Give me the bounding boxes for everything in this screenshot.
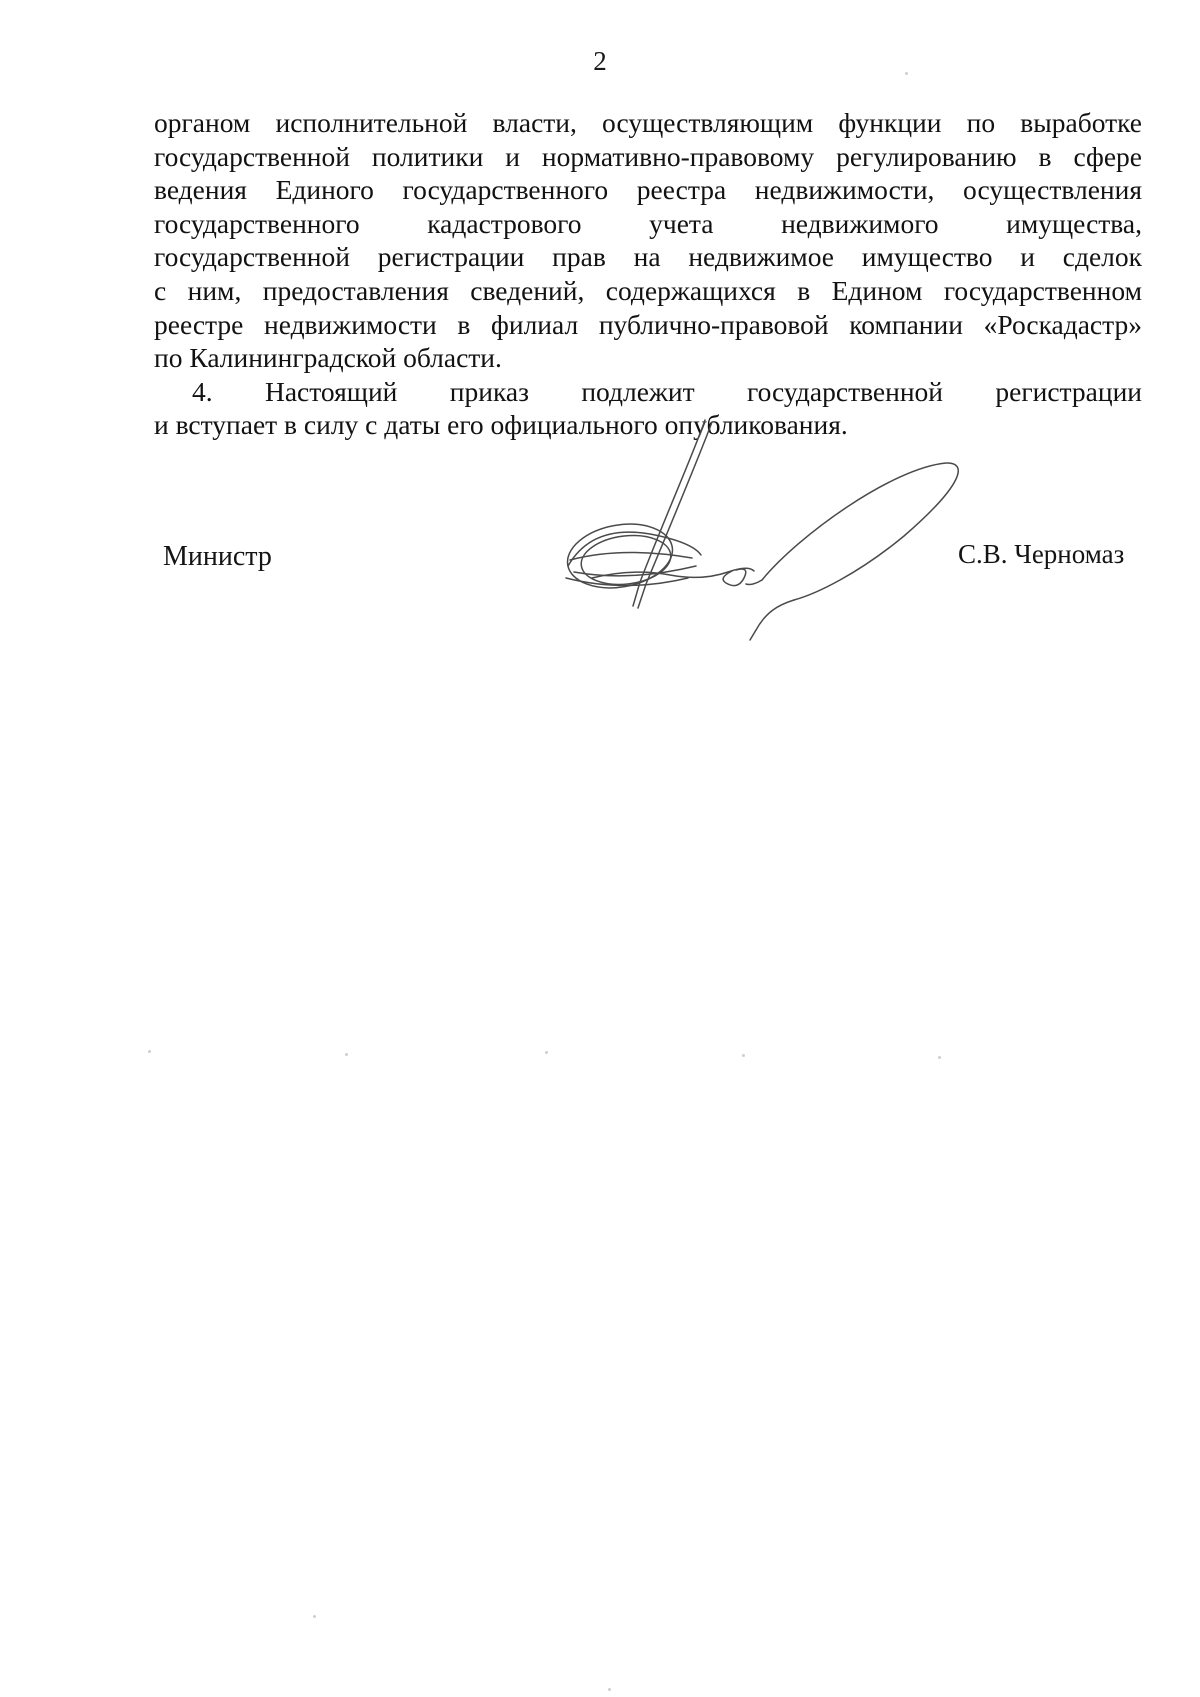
text-line: государственного кадастрового учета недв…	[154, 207, 1142, 241]
scan-speck	[545, 1051, 548, 1054]
text-line: с ним, предоставления сведений, содержащ…	[154, 274, 1142, 308]
paragraph-item-4: 4. Настоящий приказ подлежит государстве…	[154, 375, 1142, 442]
signer-name-label: С.В. Черномаз	[958, 539, 1124, 570]
handwritten-signature-icon	[500, 408, 1020, 648]
document-page: 2 органом исполнительной власти, осущест…	[0, 0, 1200, 1697]
scan-speck	[345, 1053, 348, 1056]
minister-title-label: Министр	[163, 541, 272, 573]
text-line: 4. Настоящий приказ подлежит государстве…	[154, 375, 1142, 409]
paragraph-continuation: органом исполнительной власти, осуществл…	[154, 106, 1142, 375]
text-line: по Калининградской области.	[154, 341, 1142, 375]
text-line: государственной регистрации прав на недв…	[154, 240, 1142, 274]
scan-speck	[905, 72, 908, 75]
text-line: государственной политики и нормативно-пр…	[154, 140, 1142, 174]
scan-speck	[742, 1054, 745, 1057]
scan-speck	[608, 1688, 611, 1691]
page-number: 2	[0, 46, 1200, 77]
scan-speck	[938, 1056, 941, 1059]
scan-speck	[313, 1615, 316, 1618]
document-body: органом исполнительной власти, осуществл…	[154, 106, 1142, 442]
text-line: ведения Единого государственного реестра…	[154, 173, 1142, 207]
text-line: и вступает в силу с даты его официальног…	[154, 408, 1142, 442]
text-line: реестре недвижимости в филиал публично-п…	[154, 308, 1142, 342]
text-line: органом исполнительной власти, осуществл…	[154, 106, 1142, 140]
scan-speck	[148, 1050, 151, 1053]
